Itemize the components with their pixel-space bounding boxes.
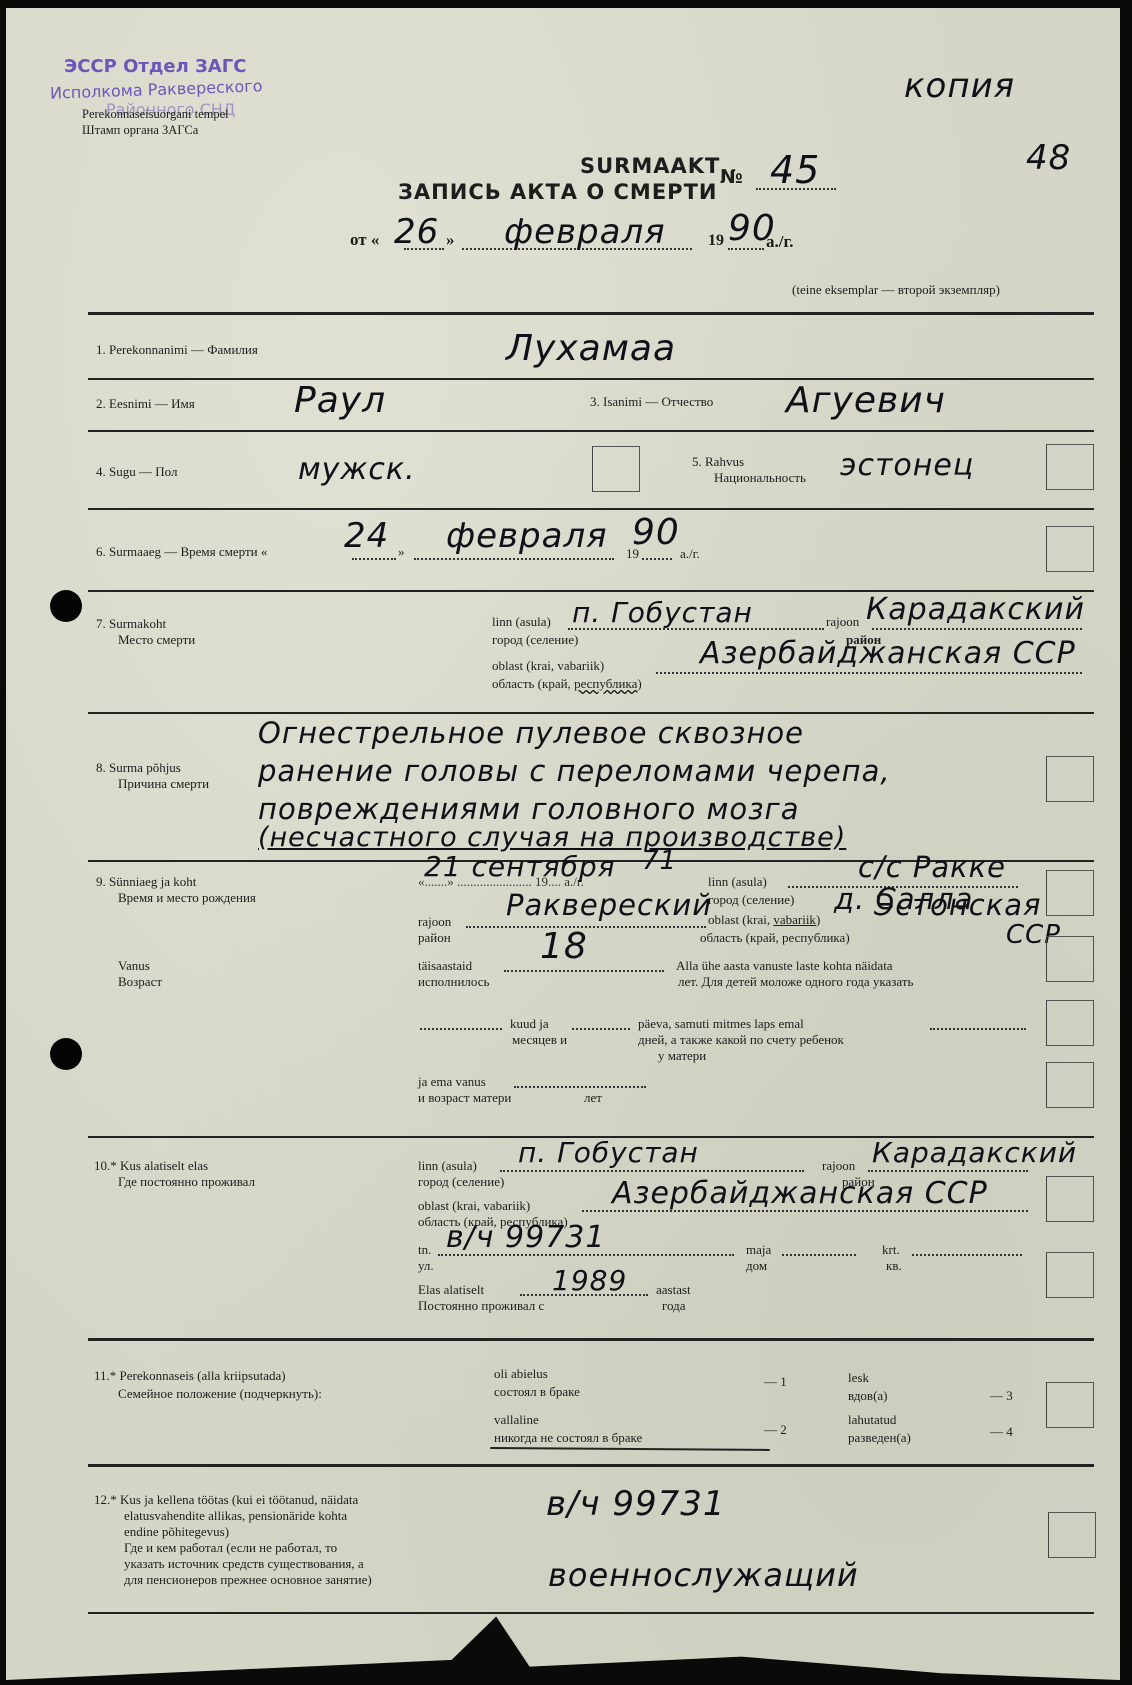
- marital-option-4-code: — 4: [990, 1424, 1013, 1440]
- marital-option-1-code: — 1: [764, 1374, 787, 1390]
- field-6-suffix: а./г.: [680, 546, 700, 562]
- field-9-region-1[interactable]: Эстонская: [874, 888, 1041, 922]
- field-10-city[interactable]: п. Гобустан: [518, 1136, 699, 1169]
- age-years-label-et: täisaastaid: [418, 958, 472, 974]
- field-10-since-unit-ru: года: [662, 1298, 686, 1314]
- field-10-flat-dots: [912, 1254, 1022, 1256]
- marital-option-3-et: lesk: [848, 1370, 869, 1386]
- stamp-label-et: Perekonnaseisuorgani tempel: [82, 106, 229, 122]
- record-no-label: №: [720, 166, 744, 188]
- field-10-street-label-ru: ул.: [418, 1258, 434, 1274]
- marital-option-4-ru[interactable]: разведен(а): [848, 1430, 911, 1446]
- field-7-city[interactable]: п. Гобустан: [572, 596, 753, 629]
- field-10-district[interactable]: Карадакский: [872, 1136, 1077, 1169]
- field-11-label-et: 11.* Perekonnaseis (alla kriipsutada): [94, 1368, 286, 1384]
- marital-option-2-ru[interactable]: никогда не состоял в браке: [494, 1430, 642, 1446]
- divider-9: [88, 1464, 1094, 1467]
- divider-5: [88, 712, 1094, 714]
- field-9-city-1[interactable]: с/с Ракке: [858, 850, 1006, 884]
- age-label-ru: Возраст: [118, 974, 162, 990]
- field-9-district[interactable]: Раквереский: [506, 888, 712, 922]
- age-days-et: päeva, samuti mitmes laps emal: [638, 1016, 804, 1032]
- field-7-district[interactable]: Карадакский: [866, 592, 1085, 627]
- field-7-region-ru-a: область (край,: [492, 676, 574, 691]
- age-days-ru-2: у матери: [658, 1048, 706, 1064]
- field-10-flat-label-ru: кв.: [886, 1258, 902, 1274]
- code-box-12: [1048, 1512, 1096, 1558]
- field-9-label-et: 9. Sünniaeg ja koht: [96, 874, 196, 890]
- divider-8: [88, 1338, 1094, 1341]
- field-9-birth-year[interactable]: 71: [642, 846, 677, 876]
- page-number-annotation: 48: [1026, 138, 1071, 178]
- mother-age-ru: и возраст матери: [418, 1090, 511, 1106]
- field-12-workplace[interactable]: в/ч 99731: [546, 1484, 726, 1524]
- field-10-region-label-et: oblast (krai, vabariik): [418, 1198, 530, 1214]
- stamp-line-2: Исполкома Раквереского: [50, 76, 263, 102]
- field-10-street[interactable]: в/ч 99731: [446, 1220, 605, 1255]
- field-7-region-ru-c: ): [637, 676, 641, 691]
- field-6-label: 6. Surmaaeg — Время смерти «: [96, 544, 267, 560]
- field-10-flat-label-et: krt.: [882, 1242, 900, 1258]
- field-7-city-label-ru: город (селение): [492, 632, 578, 648]
- field-12-label-ru-1: Где и кем работал (если не работал, то: [124, 1540, 337, 1556]
- age-days-dots: [572, 1028, 630, 1030]
- field-12-label-et-1: 12.* Kus ja kellena töötas (kui ei tööta…: [94, 1492, 358, 1508]
- field-8-label-ru: Причина смерти: [118, 776, 209, 792]
- field-7-label-et: 7. Surmakoht: [96, 616, 166, 632]
- field-10-since-label-ru: Постоянно проживал с: [418, 1298, 544, 1314]
- marital-option-4-et: lahutatud: [848, 1412, 896, 1428]
- field-10-district-dots: [868, 1170, 1028, 1172]
- field-9-city-label-ru: город (селение): [708, 892, 794, 908]
- cause-line-4[interactable]: (несчастного случая на производстве): [258, 822, 846, 853]
- marital-option-1-ru[interactable]: состоял в браке: [494, 1384, 580, 1400]
- marital-option-3-ru[interactable]: вдов(а): [848, 1388, 888, 1404]
- field-7-city-label-et: linn (asula): [492, 614, 551, 630]
- field-10-since-label-et: Elas alatiselt: [418, 1282, 484, 1298]
- field-7-region-label-et: oblast (krai, vabariik): [492, 658, 604, 674]
- field-10-region[interactable]: Азербайджанская ССР: [612, 1176, 988, 1211]
- field-2-first-name[interactable]: Раул: [294, 380, 386, 421]
- field-5-label-ru: Национальность: [714, 470, 806, 486]
- field-9-district-label-et: rajoon: [418, 914, 451, 930]
- code-box-9b: [1046, 936, 1094, 982]
- field-10-label-ru: Где постоянно проживал: [118, 1174, 255, 1190]
- field-12-label-et-2: elatusvahendite allikas, pensionäride ko…: [124, 1508, 347, 1524]
- field-10-house-dots: [782, 1254, 856, 1256]
- code-box-8: [1046, 756, 1094, 802]
- cause-line-2[interactable]: ранение головы с переломами черепа,: [258, 754, 891, 788]
- code-box-11: [1046, 1382, 1094, 1428]
- field-7-label-ru: Место смерти: [118, 632, 195, 648]
- field-1-surname[interactable]: Лухамаа: [506, 328, 676, 369]
- field-9-region-et-c: ): [816, 912, 820, 927]
- field-6-close: »: [398, 544, 405, 560]
- age-label-et: Vanus: [118, 958, 150, 974]
- field-10-since-year[interactable]: 1989: [552, 1264, 627, 1297]
- field-9-label-ru: Время и место рождения: [118, 890, 256, 906]
- code-box-9a: [1046, 870, 1094, 916]
- code-box-9c: [1046, 1000, 1094, 1046]
- code-box-5: [1046, 444, 1094, 490]
- mother-age-dots: [514, 1086, 646, 1088]
- field-1-label: 1. Perekonnanimi — Фамилия: [96, 342, 258, 358]
- field-9-region-et-b: vabariik: [773, 912, 816, 927]
- age-months-et: kuud ja: [510, 1016, 549, 1032]
- field-12-label-ru-2: указать источник средств существования, …: [124, 1556, 364, 1572]
- age-days-ru: дней, а также какой по счету ребенок: [638, 1032, 844, 1048]
- age-months-ru: месяцев и: [512, 1032, 567, 1048]
- field-6-day[interactable]: 24: [344, 516, 389, 556]
- field-7-district-dots: [872, 628, 1082, 630]
- record-date-suffix: а./г.: [766, 232, 794, 252]
- field-10-city-dots: [500, 1170, 804, 1172]
- field-10-city-label-et: linn (asula): [418, 1158, 477, 1174]
- marital-option-3-code: — 3: [990, 1388, 1013, 1404]
- field-12-label-ru-3: для пенсионеров прежнее основное занятие…: [124, 1572, 372, 1588]
- field-7-region-label-ru: область (край, республика): [492, 676, 642, 692]
- date-prefix: от «: [350, 230, 379, 249]
- record-date-close: »: [446, 230, 455, 250]
- field-11-label-ru: Семейное положение (подчеркнуть):: [118, 1386, 322, 1402]
- age-child-order-dots: [930, 1028, 1026, 1030]
- header-divider: [88, 312, 1094, 315]
- field-6-year[interactable]: 90: [632, 512, 680, 553]
- field-9-city-label-et: linn (asula): [708, 874, 767, 890]
- field-6-day-dots: [352, 558, 396, 560]
- field-5-nationality[interactable]: эстонец: [840, 448, 974, 483]
- marital-option-2-et: vallaline: [494, 1412, 539, 1428]
- stamp-line-1: ЭССР Отдел ЗАГС: [64, 56, 246, 77]
- field-3-patronymic[interactable]: Агуевич: [786, 380, 946, 421]
- field-2-label: 2. Eesnimi — Имя: [96, 396, 195, 412]
- field-4-label: 4. Sugu — Пол: [96, 464, 177, 480]
- copy-annotation: копия: [904, 66, 1015, 106]
- punch-hole-bottom: [50, 1038, 82, 1070]
- field-12-label-et-3: endine põhitegevus): [124, 1524, 229, 1540]
- field-10-house-label-et: maja: [746, 1242, 771, 1258]
- field-10-house-label-ru: дом: [746, 1258, 767, 1274]
- record-date: от «: [350, 230, 379, 250]
- code-box-4: [592, 446, 640, 492]
- field-10-district-label-et: rajoon: [822, 1158, 855, 1174]
- record-date-century: 19: [708, 232, 724, 250]
- marital-selected-underline: [490, 1447, 770, 1451]
- cause-line-3[interactable]: повреждениями головного мозга: [258, 792, 800, 826]
- cause-line-1[interactable]: Огнестрельное пулевое сквозное: [258, 716, 804, 750]
- divider-3: [88, 508, 1094, 510]
- field-7-district-label-et: rajoon: [826, 614, 859, 630]
- death-record-page: ЭССР Отдел ЗАГС Исполкома Раквереского Р…: [6, 8, 1120, 1680]
- age-note-ru: лет. Для детей моложе одного года указат…: [678, 974, 913, 990]
- field-10-street-label-et: tn.: [418, 1242, 431, 1258]
- field-6-month[interactable]: февраля: [446, 516, 608, 556]
- field-3-label: 3. Isanimi — Отчество: [590, 394, 713, 410]
- field-6-month-dots: [414, 558, 614, 560]
- mother-age-et: ja ema vanus: [418, 1074, 486, 1090]
- field-9-birth-date[interactable]: 21 сентября: [424, 850, 616, 883]
- code-box-10a: [1046, 1176, 1094, 1222]
- record-no-value: 45: [770, 148, 820, 192]
- record-date-day: 26: [394, 212, 439, 252]
- copy-note: (teine eksemplar — второй экземпляр): [792, 282, 1000, 298]
- field-12-occupation[interactable]: военнослужащий: [548, 1556, 859, 1594]
- record-date-month: февраля: [504, 212, 666, 252]
- age-months-dots: [420, 1028, 502, 1030]
- marital-option-2-code: — 2: [764, 1422, 787, 1438]
- divider-2: [88, 430, 1094, 432]
- age-years-value[interactable]: 18: [540, 926, 588, 967]
- stamp-label-ru: Штамп органа ЗАГСа: [82, 122, 198, 138]
- field-9-region-et-a: oblast (krai,: [708, 912, 773, 927]
- code-box-10b: [1046, 1252, 1094, 1298]
- code-box-9d: [1046, 1062, 1094, 1108]
- punch-hole-top: [50, 590, 82, 622]
- age-years-dots: [504, 970, 664, 972]
- age-note-et: Alla ühe aasta vanuste laste kohta näida…: [676, 958, 893, 974]
- marital-option-1-et: oli abielus: [494, 1366, 548, 1382]
- field-9-district-label-ru: район: [418, 930, 451, 946]
- field-8-label-et: 8. Surma põhjus: [96, 760, 181, 776]
- age-years-label-ru: исполнилось: [418, 974, 489, 990]
- title-ru: ЗАПИСЬ АКТА О СМЕРТИ: [398, 180, 717, 204]
- mother-age-unit: лет: [584, 1090, 602, 1106]
- field-7-region-ru-b: республика: [574, 676, 637, 691]
- field-7-region[interactable]: Азербайджанская ССР: [700, 636, 1076, 671]
- field-9-region-label-et: oblast (krai, vabariik): [708, 912, 820, 928]
- field-7-region-dots: [656, 672, 1082, 674]
- field-5-label-et: 5. Rahvus: [692, 454, 744, 470]
- title-et: SURMAAKT: [580, 154, 720, 178]
- field-9-region-label-ru: область (край, республика): [700, 930, 850, 946]
- code-box-6: [1046, 526, 1094, 572]
- field-10-label-et: 10.* Kus alatiselt elas: [94, 1158, 208, 1174]
- field-10-since-unit-et: aastast: [656, 1282, 691, 1298]
- field-10-city-label-ru: город (селение): [418, 1174, 504, 1190]
- field-4-sex[interactable]: мужск.: [298, 452, 416, 487]
- divider-10: [88, 1612, 1094, 1614]
- field-6-year-dots: [642, 558, 672, 560]
